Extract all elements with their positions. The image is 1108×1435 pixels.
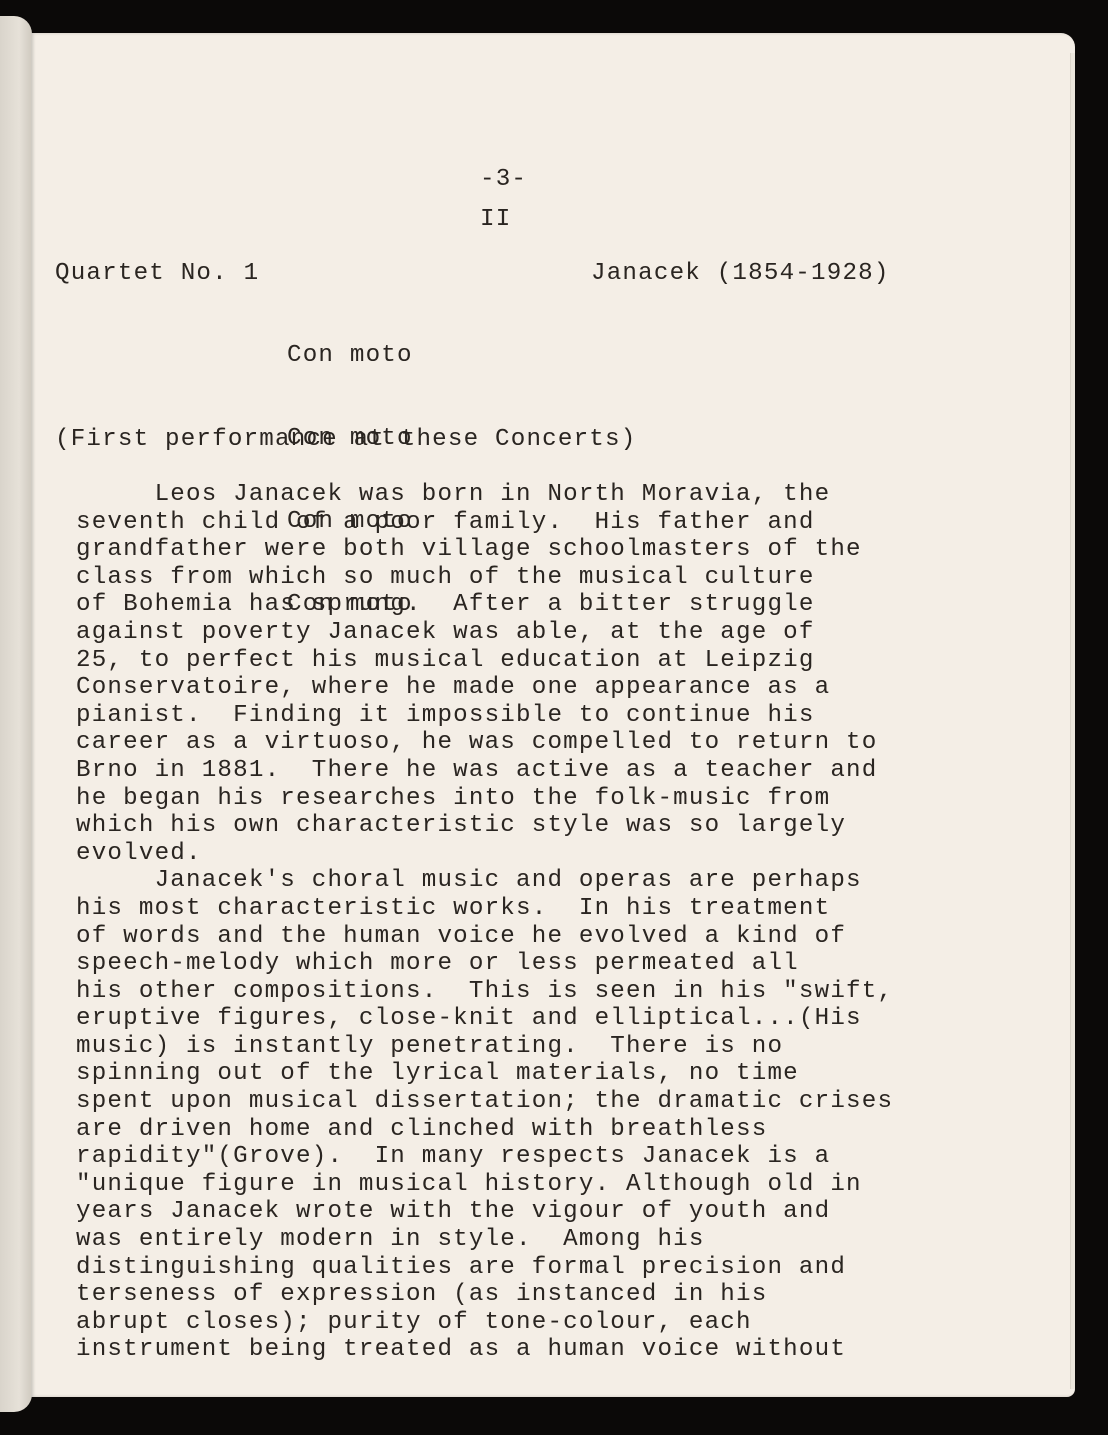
work-title: Quartet No. 1 xyxy=(55,260,259,288)
text-line: spent upon musical dissertation; the dra… xyxy=(76,1088,893,1116)
section-numeral: II xyxy=(480,206,511,234)
text-line: of Bohemia has sprung. After a bitter st… xyxy=(76,591,893,619)
text-line: eruptive figures, close-knit and ellipti… xyxy=(76,1005,893,1033)
text-line: evolved. xyxy=(76,840,893,868)
text-line: are driven home and clinched with breath… xyxy=(76,1116,893,1144)
text-line: terseness of expression (as instanced in… xyxy=(76,1281,893,1309)
text-line: his other compositions. This is seen in … xyxy=(76,978,893,1006)
text-line: Leos Janacek was born in North Moravia, … xyxy=(76,481,893,509)
text-line: class from which so much of the musical … xyxy=(76,564,893,592)
performance-note: (First performance at these Concerts) xyxy=(55,426,636,454)
text-line: was entirely modern in style. Among his xyxy=(76,1226,893,1254)
text-line: his most characteristic works. In his tr… xyxy=(76,895,893,923)
text-line: against poverty Janacek was able, at the… xyxy=(76,619,893,647)
paragraph: Janacek's choral music and operas are pe… xyxy=(76,867,893,1364)
text-line: seventh child of a poor family. His fath… xyxy=(76,509,893,537)
text-line: years Janacek wrote with the vigour of y… xyxy=(76,1198,893,1226)
text-line: spinning out of the lyrical materials, n… xyxy=(76,1060,893,1088)
text-line: Janacek's choral music and operas are pe… xyxy=(76,867,893,895)
text-line: grandfather were both village schoolmast… xyxy=(76,536,893,564)
text-line: he began his researches into the folk-mu… xyxy=(76,785,893,813)
text-line: instrument being treated as a human voic… xyxy=(76,1336,893,1364)
text-line: Conservatoire, where he made one appeara… xyxy=(76,674,893,702)
text-line: Brno in 1881. There he was active as a t… xyxy=(76,757,893,785)
text-line: pianist. Finding it impossible to contin… xyxy=(76,702,893,730)
movement: Con moto xyxy=(287,342,413,370)
text-line: which his own characteristic style was s… xyxy=(76,812,893,840)
program-notes-body: Leos Janacek was born in North Moravia, … xyxy=(76,481,893,1364)
text-line: speech-melody which more or less permeat… xyxy=(76,950,893,978)
text-line: "unique figure in musical history. Altho… xyxy=(76,1171,893,1199)
facing-page-edge xyxy=(0,16,32,1412)
composer-dates: Janacek (1854-1928) xyxy=(591,260,890,288)
text-line: of words and the human voice he evolved … xyxy=(76,923,893,951)
text-line: 25, to perfect his musical education at … xyxy=(76,647,893,675)
text-line: distinguishing qualities are formal prec… xyxy=(76,1254,893,1282)
page-edge xyxy=(1070,53,1075,1389)
text-line: career as a virtuoso, he was compelled t… xyxy=(76,729,893,757)
page-number: -3- xyxy=(480,166,527,194)
text-line: rapidity"(Grove). In many respects Janac… xyxy=(76,1143,893,1171)
paragraph: Leos Janacek was born in North Moravia, … xyxy=(76,481,893,867)
text-line: music) is instantly penetrating. There i… xyxy=(76,1033,893,1061)
document-page: -3- II Quartet No. 1 Janacek (1854-1928)… xyxy=(31,33,1075,1397)
text-line: abrupt closes); purity of tone-colour, e… xyxy=(76,1309,893,1337)
